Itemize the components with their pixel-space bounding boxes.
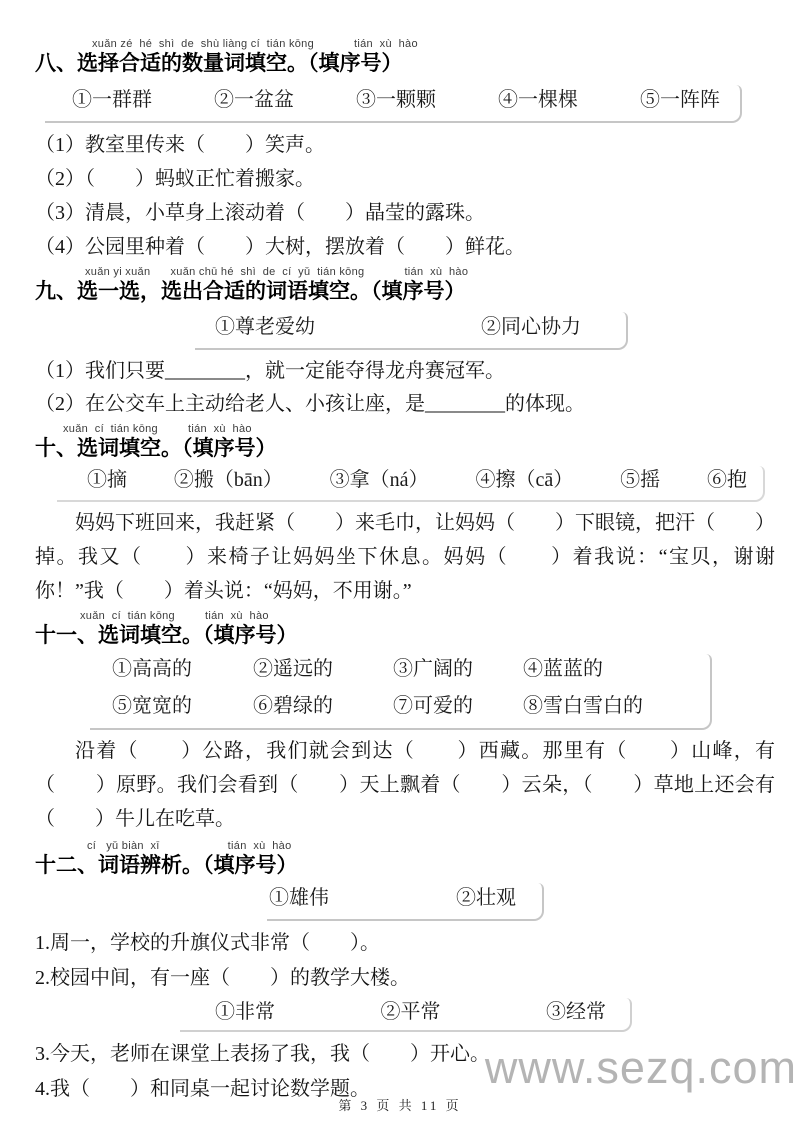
option-item: ⑥碧绿的 [253, 691, 393, 722]
option-item: ③经常 [546, 998, 606, 1026]
option-item: ⑧雪白雪白的 [523, 691, 700, 722]
option-item: ①高高的 [112, 654, 253, 685]
pinyin-line: xuǎn cí tián kōngtián xù hào [35, 608, 775, 622]
option-item: ②同心协力 [481, 312, 581, 342]
option-item: ③拿（ná） [330, 466, 429, 494]
option-item: ④擦（cā） [475, 466, 573, 494]
section-12-options-box-a: ①雄伟 ②壮观 [267, 883, 544, 921]
section-9-questions: （1）我们只要________，就一定能夺得龙舟赛冠军。 （2）在公交车上主动给… [35, 355, 775, 421]
option-item: ①非常 [215, 998, 275, 1026]
section-8-heading: xuǎn zé hé shì de shù liàng cí tián kōng… [35, 36, 775, 77]
worksheet-page: xuǎn zé hé shì de shù liàng cí tián kōng… [0, 0, 800, 1131]
option-item: ①一群群 [72, 85, 152, 115]
option-item: ②平常 [381, 998, 441, 1026]
section-11: xuǎn cí tián kōngtián xù hào 十一、选词填空。（填序… [35, 608, 775, 836]
question-item: （2）（ ）蚂蚁正忙着搬家。 [35, 162, 775, 196]
section-10-title: 十、选词填空。（填序号） [35, 435, 775, 462]
option-item: ④一棵棵 [498, 85, 578, 115]
pinyin-line: cí yǔ biàn xītián xù hào [35, 838, 775, 852]
option-item: ⑤宽宽的 [112, 691, 253, 722]
option-item: ⑦可爱的 [393, 691, 523, 722]
option-item: ⑤一阵阵 [640, 85, 720, 115]
option-item: ③一颗颗 [356, 85, 436, 115]
section-9: xuǎn yi xuǎn xuǎn chū hé shì de cí yǔ ti… [35, 264, 775, 421]
section-11-options-box: ①高高的 ②遥远的 ③广阔的 ④蓝蓝的 ⑤宽宽的 ⑥碧绿的 ⑦可爱的 ⑧雪白雪白… [90, 654, 712, 730]
question-item: （4）公园里种着（ ）大树，摆放着（ ）鲜花。 [35, 230, 775, 264]
section-10-heading: xuǎn cí tián kōngtián xù hào 十、选词填空。（填序号… [35, 421, 775, 462]
option-item: ⑤摇 [620, 466, 660, 494]
option-item: ①尊老爱幼 [215, 312, 315, 342]
section-8-questions: （1）教室里传来（ ）笑声。 （2）（ ）蚂蚁正忙着搬家。 （3）清晨，小草身上… [35, 128, 775, 264]
section-12-title: 十二、词语辨析。（填序号） [35, 852, 775, 879]
option-item: ②壮观 [456, 883, 516, 913]
section-9-title: 九、选一选，选出合适的词语填空。（填序号） [35, 278, 775, 305]
section-9-options-box: ①尊老爱幼 ②同心协力 [195, 312, 628, 350]
pinyin-line: xuǎn zé hé shì de shù liàng cí tián kōng… [35, 36, 775, 50]
pinyin-line: xuǎn cí tián kōngtián xù hào [35, 421, 775, 435]
section-8: xuǎn zé hé shì de shù liàng cí tián kōng… [35, 36, 775, 264]
section-9-heading: xuǎn yi xuǎn xuǎn chū hé shì de cí yǔ ti… [35, 264, 775, 305]
option-item: ④蓝蓝的 [523, 654, 700, 685]
option-item: ①雄伟 [269, 883, 329, 913]
question-item: 1.周一，学校的升旗仪式非常（ ）。 [35, 926, 775, 961]
question-item: （1）我们只要________，就一定能夺得龙舟赛冠军。 [35, 355, 775, 388]
pinyin-line: xuǎn yi xuǎn xuǎn chū hé shì de cí yǔ ti… [35, 264, 775, 278]
watermark: www.sezq.com [485, 1042, 797, 1094]
section-8-options-box: ①一群群 ②一盆盆 ③一颗颗 ④一棵棵 ⑤一阵阵 [45, 85, 742, 123]
option-item: ③广阔的 [393, 654, 523, 685]
section-12-heading: cí yǔ biàn xītián xù hào 十二、词语辨析。（填序号） [35, 838, 775, 879]
fill-in-paragraph: 妈妈下班回来，我赶紧（ ）来毛巾，让妈妈（ ）下眼镜，把汗（ ）掉。我又（ ）来… [35, 506, 775, 608]
fill-in-paragraph: 沿着（ ）公路，我们就会到达（ ）西藏。那里有（ ）山峰，有（ ）原野。我们会看… [35, 734, 775, 836]
question-item: （1）教室里传来（ ）笑声。 [35, 128, 775, 162]
section-11-heading: xuǎn cí tián kōngtián xù hào 十一、选词填空。（填序… [35, 608, 775, 649]
section-10-options-box: ①摘 ②搬（bān） ③拿（ná） ④擦（cā） ⑤摇 ⑥抱 [57, 466, 765, 502]
option-item: ⑥抱 [707, 466, 747, 494]
question-item: （2）在公交车上主动给老人、小孩让座，是________的体现。 [35, 388, 775, 421]
question-item: 2.校园中间，有一座（ ）的教学大楼。 [35, 961, 775, 996]
page-number: 第 3 页 共 11 页 [0, 1095, 800, 1114]
option-item: ②遥远的 [253, 654, 393, 685]
section-12-questions-a: 1.周一，学校的升旗仪式非常（ ）。 2.校园中间，有一座（ ）的教学大楼。 [35, 926, 775, 996]
option-item: ②一盆盆 [214, 85, 294, 115]
section-8-title: 八、选择合适的数量词填空。（填序号） [35, 50, 775, 77]
option-item: ②搬（bān） [174, 466, 283, 494]
section-12-options-box-b: ①非常 ②平常 ③经常 [180, 998, 632, 1032]
option-item: ①摘 [87, 466, 127, 494]
question-item: （3）清晨，小草身上滚动着（ ）晶莹的露珠。 [35, 196, 775, 230]
section-11-title: 十一、选词填空。（填序号） [35, 622, 775, 649]
section-10: xuǎn cí tián kōngtián xù hào 十、选词填空。（填序号… [35, 421, 775, 608]
